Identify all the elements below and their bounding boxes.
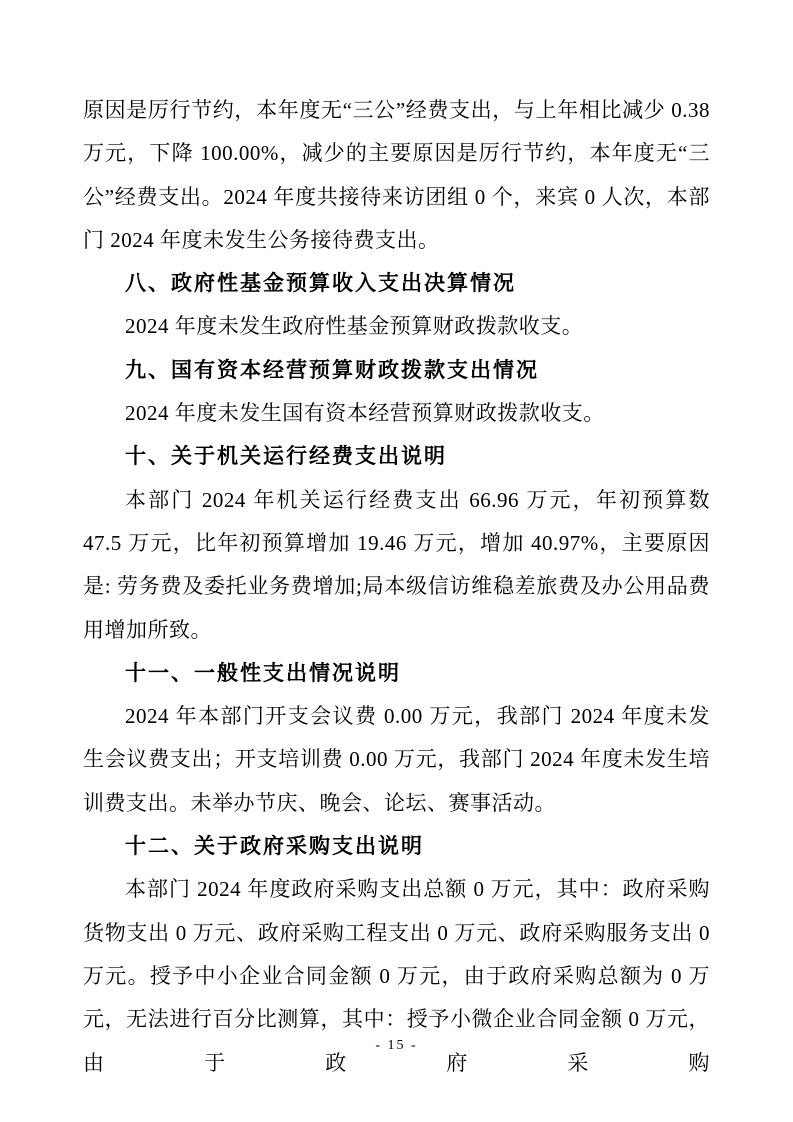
body-paragraph: 2024 年本部门开支会议费 0.00 万元，我部门 2024 年度未发生会议费… — [83, 695, 710, 825]
section-heading: 八、政府性基金预算收入支出决算情况 — [83, 262, 710, 305]
page-number: - 15 - — [0, 1038, 793, 1054]
body-paragraph: 本部门 2024 年机关运行经费支出 66.96 万元，年初预算数 47.5 万… — [83, 479, 710, 652]
document-page: 原因是厉行节约，本年度无“三公”经费支出，与上年相比减少 0.38 万元，下降 … — [0, 0, 793, 1122]
body-paragraph: 2024 年度未发生国有资本经营预算财政拨款收支。 — [83, 392, 710, 435]
section-heading: 十二、关于政府采购支出说明 — [83, 825, 710, 868]
section-heading: 十、关于机关运行经费支出说明 — [83, 435, 710, 478]
section-heading: 十一、一般性支出情况说明 — [83, 652, 710, 695]
body-paragraph: 原因是厉行节约，本年度无“三公”经费支出，与上年相比减少 0.38 万元，下降 … — [83, 89, 710, 262]
section-heading: 九、国有资本经营预算财政拨款支出情况 — [83, 349, 710, 392]
document-body: 原因是厉行节约，本年度无“三公”经费支出，与上年相比减少 0.38 万元，下降 … — [83, 89, 710, 1085]
body-paragraph: 2024 年度未发生政府性基金预算财政拨款收支。 — [83, 305, 710, 348]
